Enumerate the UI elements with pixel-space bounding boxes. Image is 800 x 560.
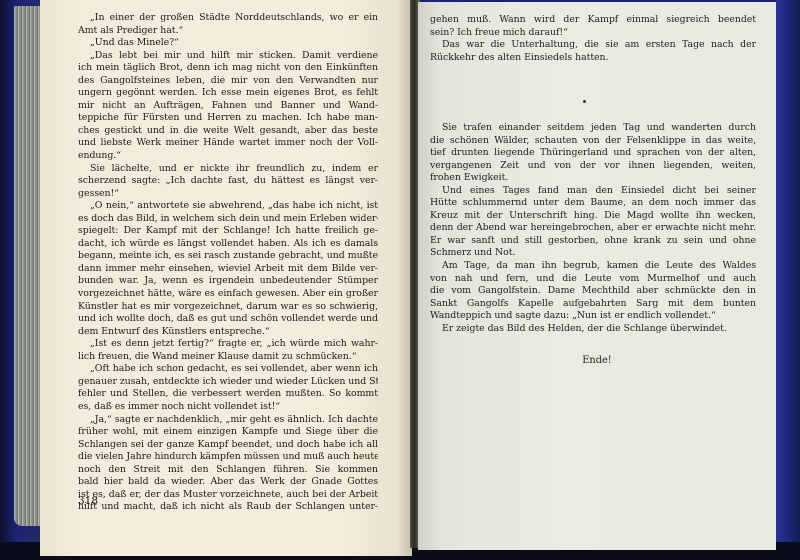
text-line: es doch das Bild, in welchem sich dein u… [78, 213, 378, 226]
text-line: begann, meinte ich, es sei rasch zustand… [78, 250, 378, 263]
text-line: gehen muß. Wann wird der Kampf einmal si… [430, 14, 756, 27]
text-line: noch den Streit mit den Schlangen führen… [78, 464, 378, 477]
text-line: Das war die Unterhaltung, die sie am ers… [430, 39, 756, 52]
text-line: und ich wollte doch, daß es gut und schö… [78, 313, 378, 326]
text-line: Rückkehr des alten Einsiedels hatten. [430, 52, 756, 65]
text-line: tief drunten liegende Thüringerland und … [430, 147, 756, 160]
text-line: des Gangolfsteines leben, die mir von de… [78, 75, 378, 88]
text-line: dann immer mehr einsehen, wieviel Arbeit… [78, 263, 378, 276]
text-line: Schmerz und Not. [430, 247, 756, 260]
text-line: „O nein,“ antwortete sie abwehrend, „das… [78, 200, 378, 213]
text-line: vorgezeichnet hätte, wäre es einfach gew… [78, 288, 378, 301]
text-line: sein? Ich freue mich darauf!“ [430, 27, 756, 40]
text-line: Künstler hat es mir vorgezeichnet, darum… [78, 301, 378, 314]
text-line: scherzend sagte: „Ich dachte fast, du hä… [78, 175, 378, 188]
text-line: bald hier bald da wieder. Aber das Werk … [78, 476, 378, 489]
text-line: Und eines Tages fand man den Einsiedel d… [430, 185, 756, 198]
text-line: ches gestickt und in die weite Welt gesa… [78, 125, 378, 138]
text-line: es, daß es immer noch nicht vollendet is… [78, 401, 378, 414]
text-line: Sie trafen einander seitdem jeden Tag un… [430, 122, 756, 135]
text-line: ist es, daß er, der das Muster vorzeichn… [78, 489, 378, 502]
text-line: bunden war. Ja, wenn es irgendein unbede… [78, 275, 378, 288]
text-line: dacht, ich würde es längst vollendet hab… [78, 238, 378, 251]
left-page: „In einer der großen Städte Norddeutschl… [40, 0, 412, 556]
text-line: Am Tage, da man ihn begrub, kamen die Le… [430, 260, 756, 273]
text-line: Amt als Prediger hat.“ [78, 25, 378, 38]
text-line: hilft und macht, daß ich nicht als Raub … [78, 501, 378, 514]
text-line: „Ist es denn jetzt fertig?“ fragte er, „… [78, 338, 378, 351]
text-line: mir nicht an Aufträgen, Fahnen und Banne… [78, 100, 378, 113]
text-line: endung.“ [78, 150, 378, 163]
text-line: Sie lächelte, und er nickte ihr freundli… [78, 163, 378, 176]
right-page-text-bottom: Sie trafen einander seitdem jeden Tag un… [430, 122, 756, 335]
text-line: „In einer der großen Städte Norddeutschl… [78, 12, 378, 25]
text-line: „Oft habe ich schon gedacht, es sei voll… [78, 363, 378, 376]
text-line: lich freuen, die Wand meiner Klause dami… [78, 351, 378, 364]
text-line: dem Entwurf des Künstlers entspreche.“ [78, 326, 378, 339]
text-line: genauer zusah, entdeckte ich wieder und … [78, 376, 378, 389]
text-line: Kreuz mit der Unterschrift hing. Die Mag… [430, 210, 756, 223]
text-line: teppiche für Fürsten und Herren zu mache… [78, 112, 378, 125]
text-line: ungern gegönnt werden. Ich esse mein eig… [78, 87, 378, 100]
text-line: früher wohl, mit einem einzigen Kampfe u… [78, 426, 378, 439]
text-line: spiegelt: Der Kampf mit der Schlange! Ic… [78, 225, 378, 238]
text-line: von nah und fern, und die Leute vom Murm… [430, 273, 756, 286]
text-line: frohen Ewigkeit. [430, 172, 756, 185]
text-line: die vom Gangolfstein. Dame Mechthild abe… [430, 285, 756, 298]
text-line: fehler und Stellen, die verbessert werde… [78, 388, 378, 401]
text-line: „Und das Minele?“ [78, 37, 378, 50]
text-line: „Das lebt bei mir und hilft mir sticken.… [78, 50, 378, 63]
text-line: die vielen Jahre hindurch kämpfen müssen… [78, 451, 378, 464]
text-line: Sankt Gangolfs Kapelle aufgebahrten Sarg… [430, 298, 756, 311]
left-page-text: „In einer der großen Städte Norddeutschl… [78, 12, 378, 514]
right-page: gehen muß. Wann wird der Kampf einmal si… [418, 2, 776, 550]
cover-right-edge [776, 0, 800, 560]
text-line: und liebste Werk meiner Hände wartet imm… [78, 137, 378, 150]
text-line: Er war sanft und still gestorben, ohne k… [430, 235, 756, 248]
ending-text: Ende! [418, 355, 776, 366]
text-line: Er zeigte das Bild des Helden, der die S… [430, 323, 756, 336]
text-line: vergangenen Zeit und von der vor ihnen l… [430, 160, 756, 173]
text-line: „Ja,“ sagte er nachdenklich, „mir geht e… [78, 414, 378, 427]
text-line: Schlangen sei der ganze Kampf beendet, u… [78, 439, 378, 452]
page-number: 318 [78, 495, 98, 507]
section-separator-dot [583, 100, 586, 103]
text-line: ich mein täglich Brot, denn ich mag nich… [78, 62, 378, 75]
text-line: gessen!“ [78, 188, 378, 201]
text-line: Hütte schlummernd unter dem Baume, an de… [430, 197, 756, 210]
text-line: denn der Abend war hereingebrochen, aber… [430, 222, 756, 235]
text-line: Wandteppich und sagte dazu: „Nun ist er … [430, 310, 756, 323]
right-page-text-top: gehen muß. Wann wird der Kampf einmal si… [430, 14, 756, 64]
text-line: die schönen Wälder, schauten von der Fel… [430, 135, 756, 148]
